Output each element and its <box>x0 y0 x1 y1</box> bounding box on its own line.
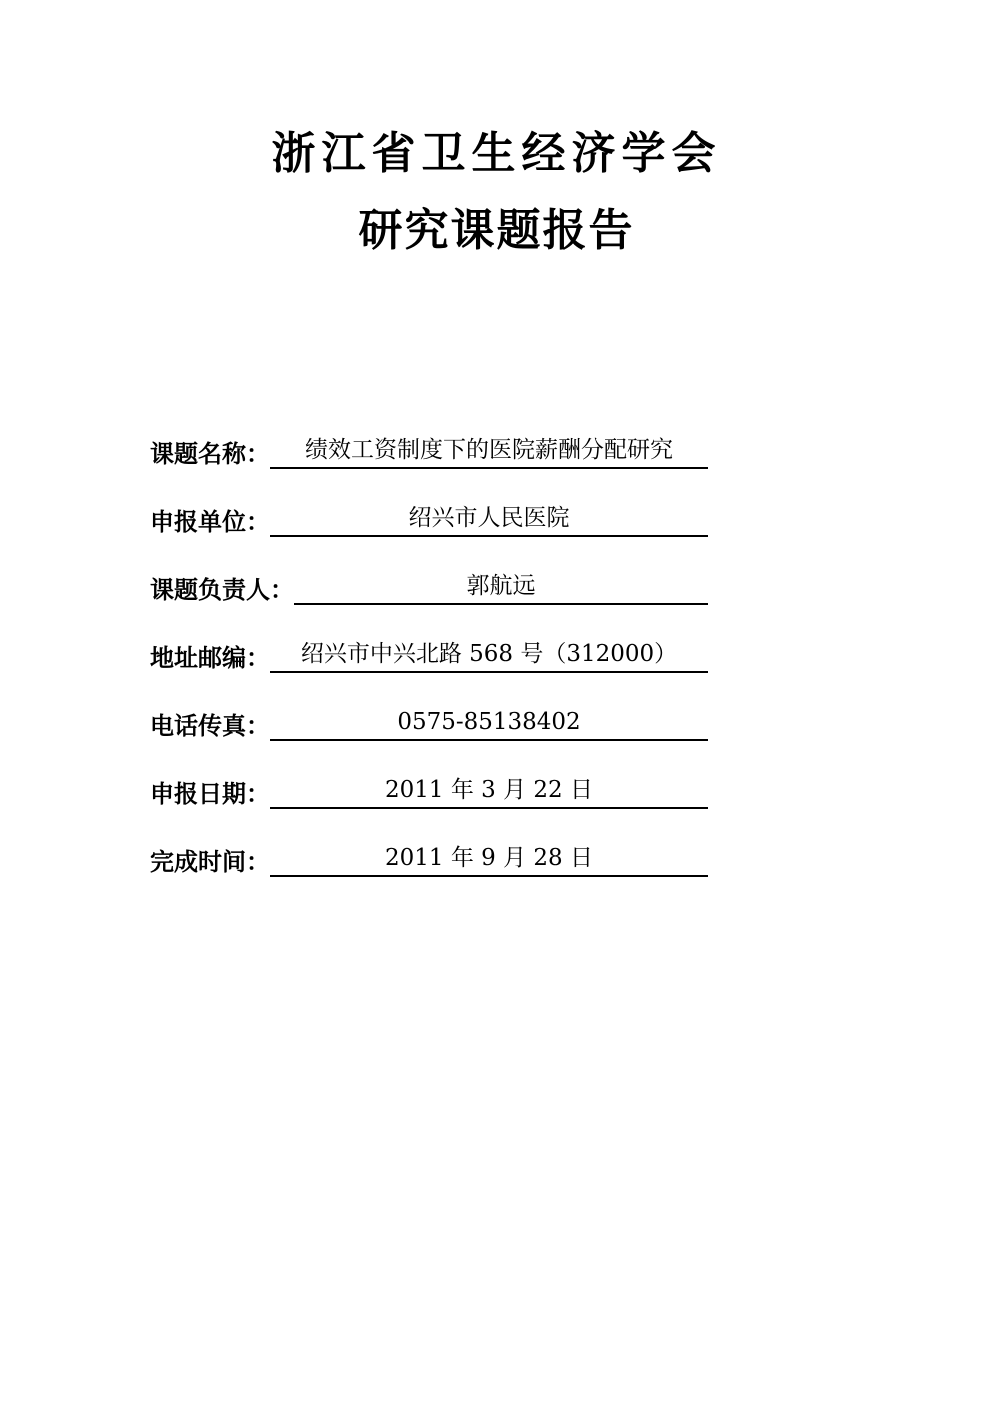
field-row-phone-fax: 电话传真： 0575-85138402 <box>150 673 708 741</box>
project-name-value: 绩效工资制度下的医院薪酬分配研究 <box>270 435 708 469</box>
completion-date-label: 完成时间： <box>150 847 270 877</box>
phone-fax-value: 0575-85138402 <box>270 707 708 741</box>
project-name-label: 课题名称： <box>150 439 270 469</box>
completion-date-value: 2011 年 9 月 28 日 <box>270 843 708 877</box>
field-row-project-name: 课题名称： 绩效工资制度下的医院薪酬分配研究 <box>150 401 708 469</box>
form-fields: 课题名称： 绩效工资制度下的医院薪酬分配研究 申报单位： 绍兴市人民医院 课题负… <box>150 401 708 877</box>
project-leader-label: 课题负责人： <box>150 575 294 605</box>
field-row-applicant-unit: 申报单位： 绍兴市人民医院 <box>150 469 708 537</box>
application-date-label: 申报日期： <box>150 779 270 809</box>
field-row-application-date: 申报日期： 2011 年 3 月 22 日 <box>150 741 708 809</box>
address-postcode-label: 地址邮编： <box>150 643 270 673</box>
address-postcode-value: 绍兴市中兴北路 568 号（312000） <box>270 639 708 673</box>
document-title-line2: 研究课题报告 <box>0 207 993 255</box>
applicant-unit-value: 绍兴市人民医院 <box>270 503 708 537</box>
document-page: 浙江省卫生经济学会 研究课题报告 课题名称： 绩效工资制度下的医院薪酬分配研究 … <box>0 0 993 1404</box>
project-leader-value: 郭航远 <box>294 571 708 605</box>
applicant-unit-label: 申报单位： <box>150 507 270 537</box>
field-row-project-leader: 课题负责人： 郭航远 <box>150 537 708 605</box>
field-row-completion-date: 完成时间： 2011 年 9 月 28 日 <box>150 809 708 877</box>
phone-fax-label: 电话传真： <box>150 711 270 741</box>
field-row-address-postcode: 地址邮编： 绍兴市中兴北路 568 号（312000） <box>150 605 708 673</box>
document-title-line1: 浙江省卫生经济学会 <box>0 130 993 178</box>
application-date-value: 2011 年 3 月 22 日 <box>270 775 708 809</box>
